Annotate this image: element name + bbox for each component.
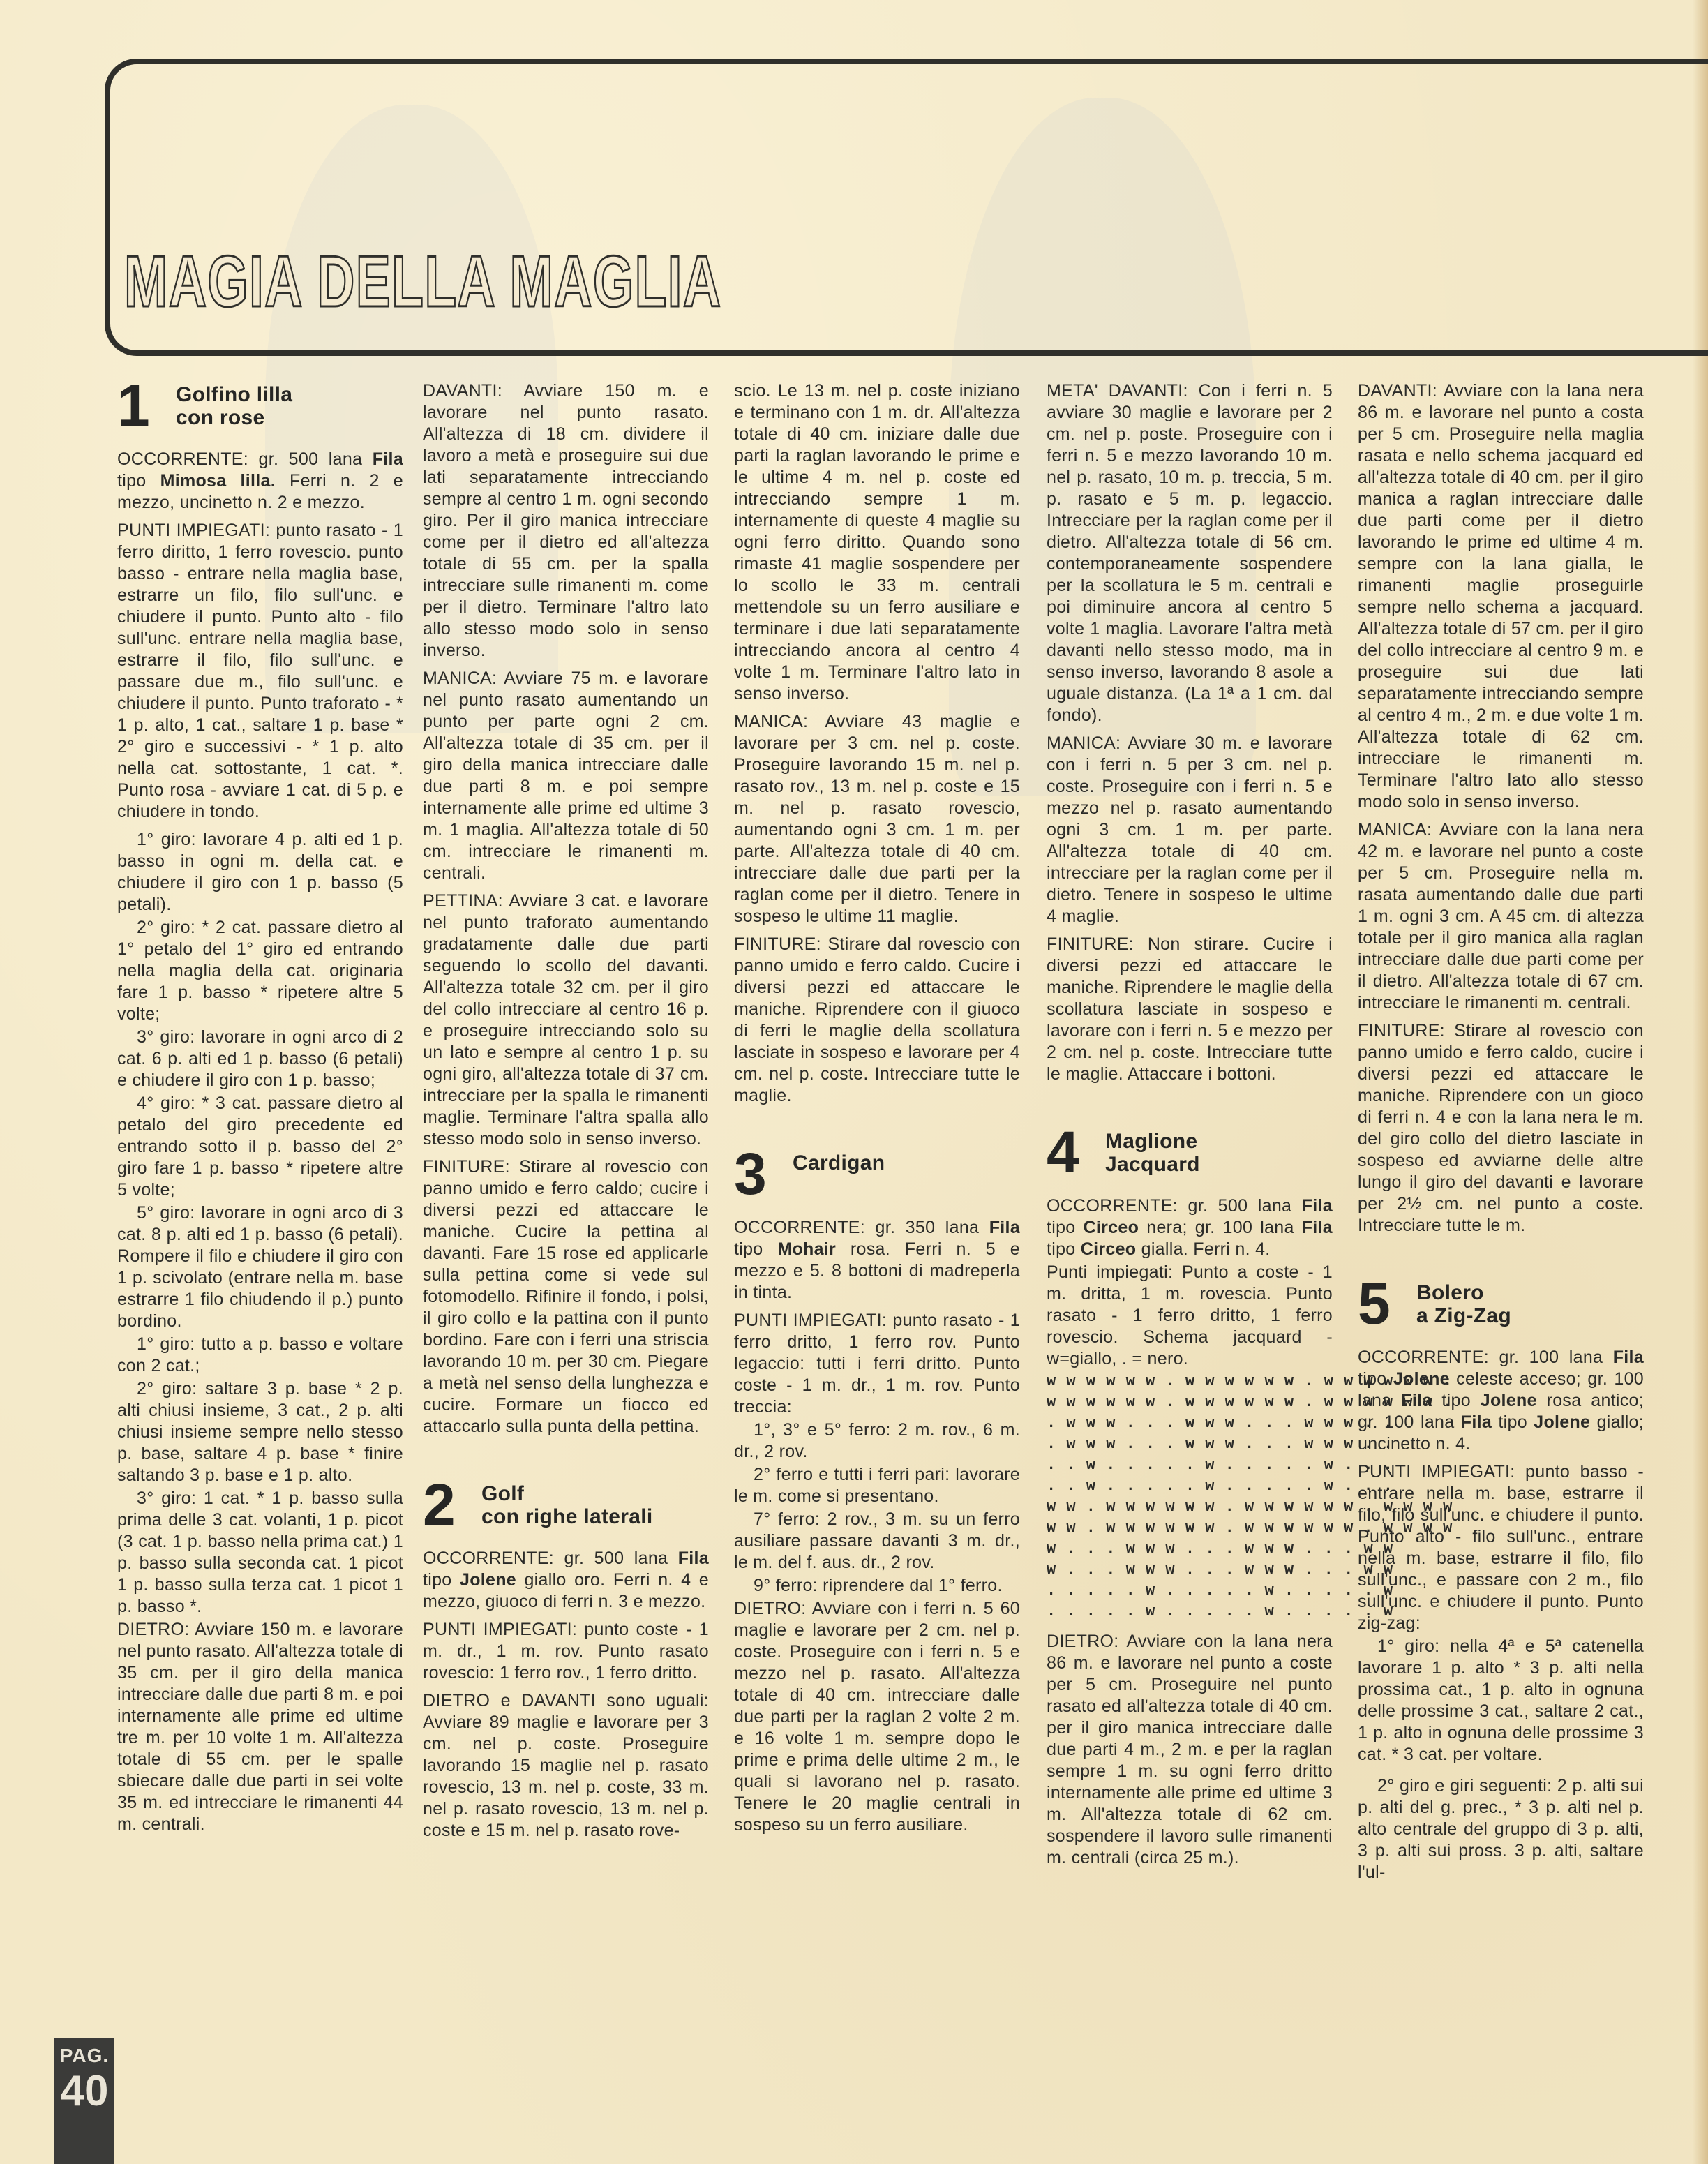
paragraph: META' DAVANTI: Con i ferri n. 5 avviare … (1047, 380, 1333, 726)
section-title: Golfino lillacon rose (176, 380, 292, 429)
text-run: OCCORRENTE: gr. 350 lana (734, 1218, 989, 1237)
brand-name: Fila (1302, 1196, 1333, 1216)
instruction-step: 1° giro: lavorare 4 p. alti ed 1 p. bass… (117, 829, 403, 916)
section-title-line: Golf (481, 1482, 652, 1505)
section-number: 5 (1358, 1278, 1416, 1329)
section-title-line: con righe laterali (481, 1505, 652, 1528)
text-run: DIETRO e DAVANTI sono uguali: Avviare 89… (423, 1691, 709, 1840)
jacquard-row: . w w w . . . w w w . . . w w w . . (1047, 1434, 1333, 1455)
text-run: OCCORRENTE: gr. 500 lana (423, 1549, 678, 1568)
page-title: MAGIA DELLA MAGLIA (124, 246, 721, 318)
section-heading: 3Cardigan (734, 1149, 1020, 1199)
text-run: FINITURE: Stirare al rovescio con panno … (1358, 1021, 1644, 1235)
section-number: 3 (734, 1149, 793, 1199)
paragraph: PUNTI IMPIEGATI: punto basso - entrare n… (1358, 1461, 1644, 1634)
section-heading: 2Golfcon righe laterali (423, 1479, 709, 1530)
instruction-step: 2° giro: saltare 3 p. base * 2 p. alti c… (117, 1378, 403, 1486)
text-run: DAVANTI: Avviare con la lana nera 86 m. … (1358, 381, 1644, 812)
paragraph: MANICA: Avviare 75 m. e lavorare nel pun… (423, 668, 709, 884)
text-run: META' DAVANTI: Con i ferri n. 5 avviare … (1047, 381, 1333, 725)
instruction-step: 4° giro: * 3 cat. passare dietro al peta… (117, 1093, 403, 1201)
brand-name: Jolene (1534, 1412, 1590, 1432)
section-title-line: Cardigan (793, 1151, 885, 1174)
text-run: MANICA: Avviare 30 m. e lavorare con i f… (1047, 733, 1333, 926)
instruction-step: 2° ferro e tutti i ferri pari: lavorare … (734, 1464, 1020, 1507)
section-title-line: Jacquard (1105, 1153, 1200, 1176)
page-number-tab: PAG. 40 (54, 2038, 114, 2164)
paragraph: DAVANTI: Avviare con la lana nera 86 m. … (1358, 380, 1644, 813)
paragraph: OCCORRENTE: gr. 100 lana Fila tipo Jolen… (1358, 1347, 1644, 1455)
text-run: DIETRO: Avviare con i ferri n. 5 60 magl… (734, 1599, 1020, 1835)
paragraph: FINITURE: Stirare al rovescio con panno … (423, 1156, 709, 1438)
text-run: OCCORRENTE: gr. 100 lana (1358, 1348, 1613, 1367)
paragraph: OCCORRENTE: gr. 500 lana Fila tipo Mimos… (117, 449, 403, 514)
paragraph: MANICA: Avviare 43 maglie e lavorare per… (734, 711, 1020, 927)
text-run: DAVANTI: Avviare 150 m. e lavorare nel p… (423, 381, 709, 660)
brand-name: Circeo (1081, 1239, 1137, 1259)
jacquard-row: . . w . . . . . w . . . . . w . . . (1047, 1476, 1333, 1497)
paragraph: PETTINA: Avviare 3 cat. e lavorare nel p… (423, 890, 709, 1150)
brand-name: Jolene (460, 1570, 516, 1590)
text-run: MANICA: Avviare 43 maglie e lavorare per… (734, 712, 1020, 926)
text-run: DIETRO: Avviare 150 m. e lavorare nel pu… (117, 1620, 403, 1834)
text-run: PUNTI IMPIEGATI: punto basso - entrare n… (1358, 1462, 1644, 1633)
text-run: tipo (1047, 1239, 1081, 1259)
paragraph: MANICA: Avviare 30 m. e lavorare con i f… (1047, 733, 1333, 927)
text-run: FINITURE: Non stirare. Cucire i diversi … (1047, 934, 1333, 1084)
brand-name: Fila (373, 449, 403, 469)
section-title: Golfcon righe laterali (481, 1479, 652, 1528)
section-heading: 1Golfino lillacon rose (117, 380, 403, 431)
text-run: tipo (1047, 1218, 1084, 1237)
page-label: PAG. (54, 2045, 114, 2067)
paragraph: PUNTI IMPIEGATI: punto rasato - 1 ferro … (117, 520, 403, 823)
text-run: MANICA: Avviare con la lana nera 42 m. e… (1358, 820, 1644, 1013)
section-title-line: Maglione (1105, 1130, 1200, 1153)
instruction-step: 1° giro: tutto a p. basso e voltare con … (117, 1334, 403, 1377)
text-run: PUNTI IMPIEGATI: punto coste - 1 m. dr.,… (423, 1620, 709, 1682)
text-run: OCCORRENTE: gr. 500 lana (117, 449, 373, 469)
paragraph: FINITURE: Non stirare. Cucire i diversi … (1047, 934, 1333, 1085)
text-run: PUNTI IMPIEGATI: punto rasato - 1 ferro … (117, 521, 403, 821)
text-run: tipo (423, 1570, 460, 1590)
instruction-step: 7° ferro: 2 rov., 3 m. su un ferro ausil… (734, 1509, 1020, 1574)
section-number: 1 (117, 380, 176, 431)
paragraph: FINITURE: Stirare al rovescio con panno … (1358, 1020, 1644, 1237)
text-run: tipo (1432, 1391, 1481, 1410)
instruction-step: 1°, 3° e 5° ferro: 2 m. rov., 6 m. dr., … (734, 1419, 1020, 1463)
paragraph: MANICA: Avviare con la lana nera 42 m. e… (1358, 819, 1644, 1014)
brand-name: Fila (1302, 1218, 1333, 1237)
text-run: gialla. Ferri n. 4. (1136, 1239, 1270, 1259)
jacquard-row: . w w w . . . w w w . . . w w w . . (1047, 1413, 1333, 1434)
text-run: tipo (1492, 1412, 1534, 1432)
brand-name: Jolene (1481, 1391, 1537, 1410)
text-run: PUNTI IMPIEGATI: punto rasato - 1 ferro … (734, 1311, 1020, 1417)
section-number: 2 (423, 1479, 481, 1530)
text-run: tipo (117, 471, 160, 491)
section-title-line: a Zig-Zag (1416, 1304, 1511, 1327)
text-column-4: META' DAVANTI: Con i ferri n. 5 avviare … (1047, 380, 1333, 1875)
section-title-line: Bolero (1416, 1281, 1511, 1304)
instruction-step: 2° giro: * 2 cat. passare dietro al 1° p… (117, 917, 403, 1025)
paragraph: OCCORRENTE: gr. 500 lana Fila tipo Jolen… (423, 1548, 709, 1613)
paragraph: PUNTI IMPIEGATI: punto coste - 1 m. dr.,… (423, 1619, 709, 1684)
paragraph: FINITURE: Stirare dal rovescio con panno… (734, 934, 1020, 1107)
jacquard-row: w w . w w w w w w . w w w w w w . w w w … (1047, 1518, 1333, 1539)
instruction-step: 3° giro: 1 cat. * 1 p. basso sulla prima… (117, 1488, 403, 1618)
brand-name: Fila (989, 1218, 1020, 1237)
text-run: FINITURE: Stirare al rovescio con panno … (423, 1157, 709, 1436)
instruction-step: 9° ferro: riprendere dal 1° ferro. (734, 1575, 1020, 1597)
brand-name: Mohair (777, 1239, 836, 1259)
jacquard-row: . . . . . w . . . . . w . . . . . w (1047, 1602, 1333, 1622)
section-title-line: Golfino lilla (176, 383, 292, 406)
instruction-step: 3° giro: lavorare in ogni arco di 2 cat.… (117, 1027, 403, 1091)
text-run: PETTINA: Avviare 3 cat. e lavorare nel p… (423, 891, 709, 1149)
brand-name: Fila (1613, 1348, 1644, 1367)
page-number: 40 (54, 2067, 114, 2116)
section-title: Boleroa Zig-Zag (1416, 1278, 1511, 1327)
text-column-2: DAVANTI: Avviare 150 m. e lavorare nel p… (423, 380, 709, 1848)
text-run: nera; gr. 100 lana (1139, 1218, 1302, 1237)
text-run: DIETRO: Avviare con la lana nera 86 m. e… (1047, 1632, 1333, 1867)
text-run: tipo (1358, 1369, 1393, 1389)
section-heading: 4MaglioneJacquard (1047, 1127, 1333, 1177)
jacquard-chart: w w w w w w . w w w w w w . w w w w w w … (1047, 1371, 1333, 1622)
section-title: MaglioneJacquard (1105, 1127, 1200, 1176)
paragraph: OCCORRENTE: gr. 500 lana Fila tipo Circe… (1047, 1195, 1333, 1260)
paragraph: DIETRO e DAVANTI sono uguali: Avviare 89… (423, 1690, 709, 1842)
instruction-step: 2° giro e giri seguenti: 2 p. alti sui p… (1358, 1775, 1644, 1883)
text-column-3: scio. Le 13 m. nel p. coste iniziano e t… (734, 380, 1020, 1842)
section-title: Cardigan (793, 1149, 885, 1174)
section-heading: 5Boleroa Zig-Zag (1358, 1278, 1644, 1329)
paragraph: PUNTI IMPIEGATI: punto rasato - 1 ferro … (734, 1310, 1020, 1418)
jacquard-row: w w w w w w . w w w w w w . w w w w w w … (1047, 1392, 1333, 1413)
instruction-step: 5° giro: lavorare in ogni arco di 3 cat.… (117, 1202, 403, 1332)
jacquard-row: w . . . w w w . . . w w w . . . w w (1047, 1539, 1333, 1560)
paragraph: DIETRO: Avviare con i ferri n. 5 60 magl… (734, 1598, 1020, 1836)
brand-name: Circeo (1084, 1218, 1139, 1237)
text-run: FINITURE: Stirare dal rovescio con panno… (734, 934, 1020, 1105)
text-column-1: 1Golfino lillacon roseOCCORRENTE: gr. 50… (117, 380, 403, 1842)
paragraph: scio. Le 13 m. nel p. coste iniziano e t… (734, 380, 1020, 705)
paragraph: OCCORRENTE: gr. 350 lana Fila tipo Mohai… (734, 1217, 1020, 1304)
section-title-line: con rose (176, 406, 292, 429)
brand-name: Mimosa lilla. (160, 471, 276, 491)
paragraph: DIETRO: Avviare 150 m. e lavorare nel pu… (117, 1619, 403, 1835)
text-column-5: DAVANTI: Avviare con la lana nera 86 m. … (1358, 380, 1644, 1885)
text-run: tipo (734, 1239, 777, 1259)
text-run: MANICA: Avviare 75 m. e lavorare nel pun… (423, 669, 709, 883)
paragraph: Punti impiegati: Punto a coste - 1 m. dr… (1047, 1262, 1333, 1370)
jacquard-row: w . . . w w w . . . w w w . . . w w (1047, 1560, 1333, 1581)
paragraph: DAVANTI: Avviare 150 m. e lavorare nel p… (423, 380, 709, 662)
jacquard-row: . . w . . . . . w . . . . . w . . . (1047, 1455, 1333, 1476)
section-number: 4 (1047, 1127, 1105, 1177)
text-run: Punti impiegati: Punto a coste - 1 m. dr… (1047, 1262, 1333, 1368)
jacquard-row: . . . . . w . . . . . w . . . . . w (1047, 1581, 1333, 1602)
brand-name: Jolene (1393, 1369, 1450, 1389)
jacquard-row: w w . w w w w w w . w w w w w w . w w w … (1047, 1497, 1333, 1518)
jacquard-row: w w w w w w . w w w w w w . w w w w w w … (1047, 1371, 1333, 1392)
brand-name: Fila (1461, 1412, 1492, 1432)
text-run: scio. Le 13 m. nel p. coste iniziano e t… (734, 381, 1020, 703)
brand-name: Fila (1401, 1391, 1432, 1410)
text-run: OCCORRENTE: gr. 500 lana (1047, 1196, 1302, 1216)
paragraph: DIETRO: Avviare con la lana nera 86 m. e… (1047, 1631, 1333, 1869)
brand-name: Fila (678, 1549, 709, 1568)
instruction-step: 1° giro: nella 4ª e 5ª catenella lavorar… (1358, 1636, 1644, 1766)
